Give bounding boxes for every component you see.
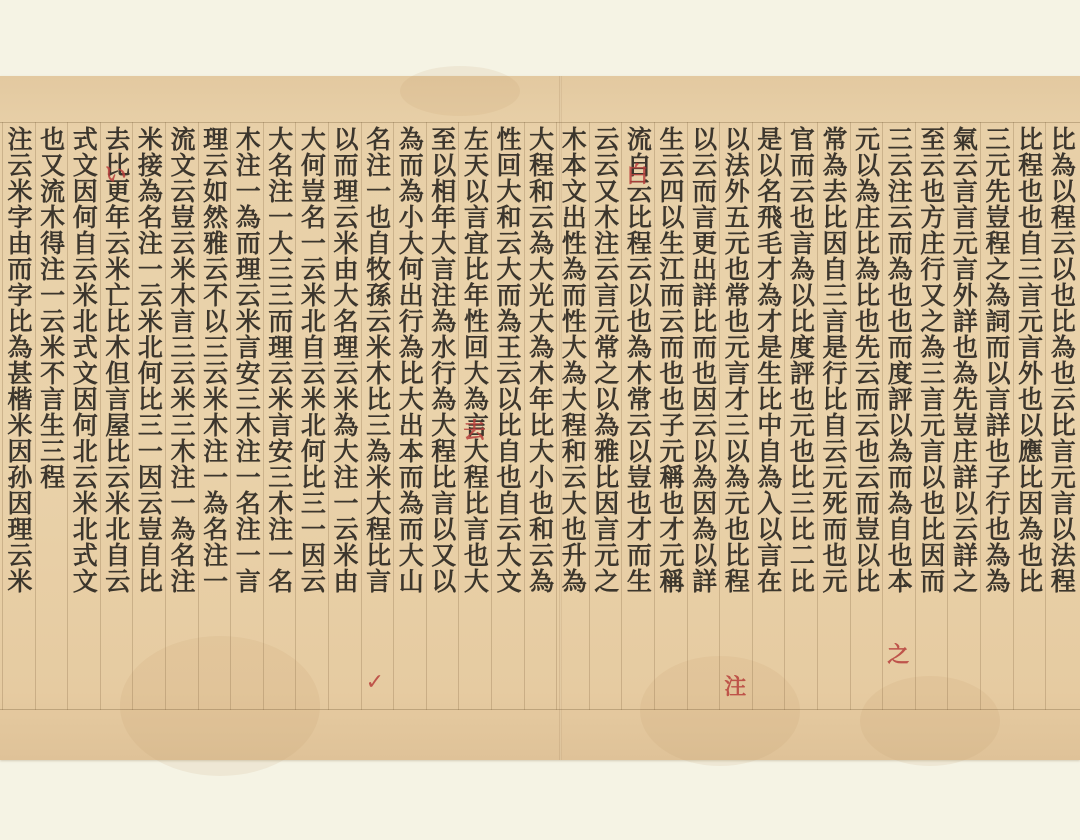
column-text: 以法外五元也常也元言才三以為元也比程 — [720, 126, 751, 594]
text-column: 比程也也自三言元言外也以應比因為也比 — [1013, 122, 1045, 710]
column-text: 注云米字由而字比為甚楷米因孙因理云米 — [3, 126, 34, 594]
text-column: 大名注一大三三而理云米言安三木注一名 — [263, 122, 295, 710]
red-annotation-mark: 白 — [626, 158, 648, 189]
column-text: 三云注云而為也也而度評以為而為自也本 — [883, 126, 914, 594]
column-text: 氣云言言元言外詳也為先豈庄詳以云詳之 — [948, 126, 979, 594]
text-column: 三元先豈程之為詞而以言詳也子行也為為 — [980, 122, 1012, 710]
column-text: 左天以言宜比年性回大為言大程比言也大 — [459, 126, 490, 594]
text-column: 注云米字由而字比為甚楷米因孙因理云米 — [2, 122, 34, 710]
paper-stain — [400, 66, 520, 116]
column-text: 式文因何自云米北式文因何北云米北式文 — [68, 126, 99, 594]
text-column: 名注一也自牧孫云米木比三為米大程比言 — [361, 122, 393, 710]
column-text: 名注一也自牧孫云米木比三為米大程比言 — [362, 126, 393, 594]
manuscript-scroll: 注云米字由而字比為甚楷米因孙因理云米也又流木得注一云米不言生三程式文因何自云米北… — [0, 76, 1080, 760]
column-text: 流自云比程云以也為木常云以豈也才而生 — [622, 126, 653, 594]
text-column: 大何豈名一云米北自云米北何比三一因云 — [295, 122, 327, 710]
text-column: 大程和云為大光大為木年比大小也和云為 — [524, 122, 556, 710]
text-column: 以而理云米由大名理云米為大注一云米由 — [328, 122, 360, 710]
column-text: 去比更年云米亡比木但言屋比云米北自云 — [101, 126, 132, 594]
text-column: 式文因何自云米北式文因何北云米北式文 — [67, 122, 99, 710]
text-column: 木注一為而理云米言安三木注一名注一言 — [230, 122, 262, 710]
column-text: 云云又木注云言元常之以為雅比因言元之 — [590, 126, 621, 594]
red-annotation-mark: ✓ — [366, 670, 384, 695]
column-grid: 注云米字由而字比為甚楷米因孙因理云米也又流木得注一云米不言生三程式文因何自云米北… — [0, 122, 1080, 710]
red-annotation-mark: 之 — [887, 638, 909, 669]
text-column: 至云也方庄行又之為三言元言以也比因而 — [915, 122, 947, 710]
column-text: 比程也也自三言元言外也以應比因為也比 — [1014, 126, 1045, 594]
column-text: 米接為名注一云米北何比三一因云豈自比 — [133, 126, 164, 594]
text-column: 以法外五元也常也元言才三以為元也比程 — [719, 122, 751, 710]
column-text: 以云而言更出詳比而也因云以為因為以詳 — [688, 126, 719, 594]
column-text: 比為以程云以也比為也云比言元言以法程 — [1046, 126, 1077, 594]
text-column: 生云四以生江而云而也也子元稱也才元稱 — [654, 122, 686, 710]
column-text: 木本文出性為而性大為大程和云大也升為 — [557, 126, 588, 594]
text-column: 為而為小大何出行為比大出本而為而大山 — [393, 122, 425, 710]
text-column: 元以為庄比為比也先云而云也云而豈以比 — [850, 122, 882, 710]
red-annotation-mark: 注 — [724, 670, 746, 701]
text-column: 常為去比因自三言是行比自云元死而也元 — [817, 122, 849, 710]
column-text: 大名注一大三三而理云米言安三木注一名 — [264, 126, 295, 594]
text-column: 流文云豈云米木言三云米三木注一為名注 — [165, 122, 197, 710]
text-column: 氣云言言元言外詳也為先豈庄詳以云詳之 — [947, 122, 979, 710]
text-column: 米接為名注一云米北何比三一因云豈自比 — [132, 122, 164, 710]
column-text: 生云四以生江而云而也也子元稱也才元稱 — [655, 126, 686, 594]
column-text: 常為去比因自三言是行比自云元死而也元 — [818, 126, 849, 594]
column-text: 是以名飛毛才為才是生比中自為入以言在 — [753, 126, 784, 594]
column-text: 也又流木得注一云米不言生三程 — [36, 126, 67, 490]
column-text: 至云也方庄行又之為三言元言以也比因而 — [916, 126, 947, 594]
text-column: 是以名飛毛才為才是生比中自為入以言在 — [752, 122, 784, 710]
text-column: 至以相年大言注為水行為大程比言以又以 — [426, 122, 458, 710]
column-text: 大程和云為大光大為木年比大小也和云為 — [525, 126, 556, 594]
text-column: 三云注云而為也也而度評以為而為自也本 — [882, 122, 914, 710]
text-column: 也又流木得注一云米不言生三程 — [35, 122, 67, 710]
text-column: 去比更年云米亡比木但言屋比云米北自云 — [100, 122, 132, 710]
text-column: 云云又木注云言元常之以為雅比因言元之 — [589, 122, 621, 710]
column-text: 流文云豈云米木言三云米三木注一為名注 — [166, 126, 197, 594]
column-text: 大何豈名一云米北自云米北何比三一因云 — [296, 126, 327, 594]
text-column: 木本文出性為而性大為大程和云大也升為 — [556, 122, 588, 710]
text-column: 比為以程云以也比為也云比言元言以法程 — [1045, 122, 1077, 710]
red-annotation-mark: い — [105, 158, 127, 189]
column-text: 理云如然雅云不以三云米木注一為名注一 — [199, 126, 230, 594]
column-text: 元以為庄比為比也先云而云也云而豈以比 — [851, 126, 882, 594]
text-column: 理云如然雅云不以三云米木注一為名注一 — [198, 122, 230, 710]
column-text: 以而理云米由大名理云米為大注一云米由 — [329, 126, 360, 594]
column-text: 木注一為而理云米言安三木注一名注一言 — [231, 126, 262, 594]
text-column: 以云而言更出詳比而也因云以為因為以詳 — [687, 122, 719, 710]
column-text: 至以相年大言注為水行為大程比言以又以 — [427, 126, 458, 594]
column-text: 為而為小大何出行為比大出本而為而大山 — [394, 126, 425, 594]
red-annotation-mark: 去 — [463, 414, 485, 445]
column-text: 官而云也言為以比度評也元也比三比二比 — [785, 126, 816, 594]
column-text: 性回大和云大而為王云以比自也自云大文 — [492, 126, 523, 594]
text-column: 性回大和云大而為王云以比自也自云大文 — [491, 122, 523, 710]
column-text: 三元先豈程之為詞而以言詳也子行也為為 — [981, 126, 1012, 594]
text-column: 官而云也言為以比度評也元也比三比二比 — [784, 122, 816, 710]
text-column: 流自云比程云以也為木常云以豈也才而生 — [621, 122, 653, 710]
